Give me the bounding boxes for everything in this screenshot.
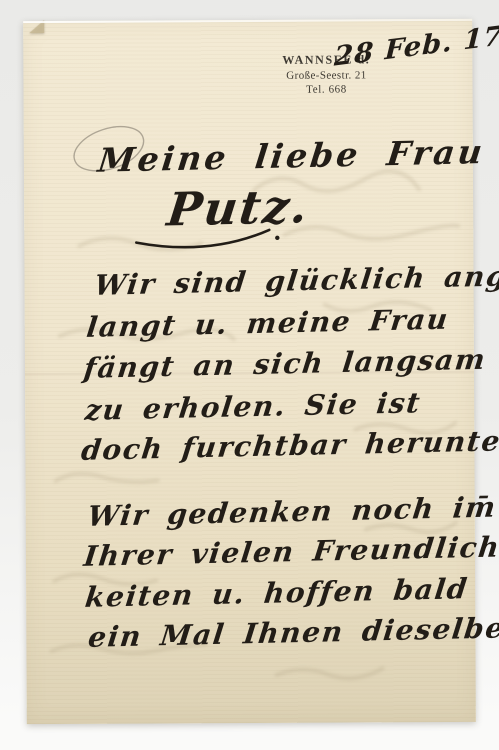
letterhead-phone: Tel. 668 (275, 83, 377, 96)
body-line: ein Mal Ihnen dieselben (86, 611, 499, 654)
body-line: Wir sind glücklich ange- (93, 259, 499, 302)
body-line: langt u. meine Frau (85, 303, 451, 344)
body-line: doch furchtbar herunter. (79, 424, 499, 467)
scan-background: WANNSEE d. Große-Seestr. 21 Tel. 668 28 … (0, 0, 499, 750)
body-line: fängt an sich langsam (82, 343, 488, 385)
letterhead-street: Große-Seestr. 21 (275, 69, 377, 82)
salutation-line-1: Meine liebe Frau (96, 132, 487, 180)
salutation-line-2: Putz. (164, 179, 312, 236)
letter-paper: WANNSEE d. Große-Seestr. 21 Tel. 668 28 … (23, 19, 476, 724)
body-line: zu erholen. Sie ist (83, 386, 423, 427)
handwritten-date: 28 Feb. 17 (333, 21, 499, 73)
paper-top-edge-highlight (23, 19, 472, 23)
body-line: Ihrer vielen Freundlich- (82, 530, 499, 573)
body-line: keiten u. hoffen bald (83, 572, 470, 614)
body-line: Wir gedenken noch im̄ (86, 491, 499, 533)
